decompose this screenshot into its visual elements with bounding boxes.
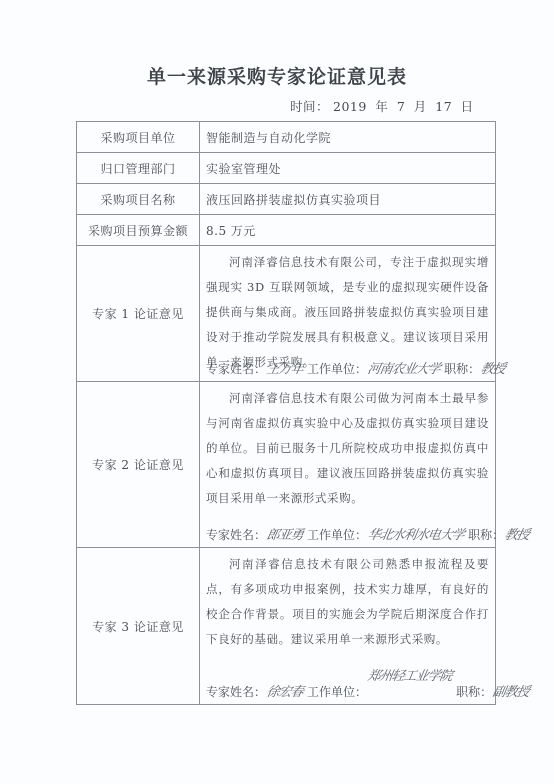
signature-name: 郎亚勇 <box>265 524 304 543</box>
field-label: 采购项目名称 <box>77 184 200 215</box>
expert-signature-line: 专家姓名： 郎亚勇 工作单位： 华北水利水电大学 职称： 教授 <box>206 524 533 543</box>
document-title: 单一来源采购专家论证意见表 <box>0 62 554 89</box>
sign-title-label: 职称： <box>444 360 480 377</box>
sign-title-label: 职称： <box>456 683 492 700</box>
opinion-form-table: 采购项目单位 智能制造与自动化学院 归口管理部门 实验室管理处 采购项目名称 液… <box>76 121 496 705</box>
expert-label: 专家 1 论证意见 <box>77 246 200 382</box>
sign-unit-label: 工作单位： <box>307 683 367 700</box>
expert-row-1: 专家 1 论证意见 河南泽睿信息技术有限公司，专注于虚拟现实增强现实 3D 互联… <box>77 246 496 382</box>
date-day-unit: 日 <box>461 99 474 114</box>
signature-unit: 郑州轻工业学院 <box>366 665 453 684</box>
signature-name: 王万年 <box>265 358 304 377</box>
field-label: 归口管理部门 <box>77 153 200 184</box>
date-year-unit: 年 <box>375 99 388 114</box>
field-value: 实验室管理处 <box>200 153 496 184</box>
expert-row-3: 专家 3 论证意见 河南泽睿信息技术有限公司熟悉申报流程及要点，有多项成功申报案… <box>77 548 496 705</box>
expert-label: 专家 2 论证意见 <box>77 382 200 548</box>
field-value: 8.5 万元 <box>200 215 496 246</box>
expert-signature-line: 专家姓名： 徐宏春 工作单位： 郑州轻工业学院 职称： 副教授 <box>206 681 533 700</box>
field-row-project-name: 采购项目名称 液压回路拼装虚拟仿真实验项目 <box>77 184 496 215</box>
field-value: 智能制造与自动化学院 <box>200 122 496 153</box>
expert-opinion-text: 河南泽睿信息技术有限公司，专注于虚拟现实增强现实 3D 互联网领域，是专业的虚拟… <box>200 246 495 375</box>
date-label: 时间： <box>290 99 329 114</box>
document-date: 时间：2019 年 7 月 17 日 <box>290 97 478 115</box>
field-row-unit: 采购项目单位 智能制造与自动化学院 <box>77 122 496 153</box>
date-month: 7 <box>397 99 405 114</box>
signature-title: 教授 <box>503 524 530 543</box>
signature-title: 教授 <box>479 358 506 377</box>
sign-name-label: 专家姓名： <box>206 360 266 377</box>
expert-opinion-text: 河南泽睿信息技术有限公司熟悉申报流程及要点，有多项成功申报案例，技术实力雄厚，有… <box>200 548 495 652</box>
field-row-department: 归口管理部门 实验室管理处 <box>77 153 496 184</box>
sign-unit-label: 工作单位： <box>307 526 367 543</box>
expert-opinion-cell: 河南泽睿信息技术有限公司做为河南本土最早参与河南省虚拟仿真实验中心及虚拟仿真实验… <box>200 382 496 548</box>
sign-name-label: 专家姓名： <box>206 526 266 543</box>
sign-unit-label: 工作单位： <box>307 360 367 377</box>
expert-label: 专家 3 论证意见 <box>77 548 200 705</box>
expert-opinion-text: 河南泽睿信息技术有限公司做为河南本土最早参与河南省虚拟仿真实验中心及虚拟仿真实验… <box>200 382 495 511</box>
field-label: 采购项目单位 <box>77 122 200 153</box>
signature-unit: 河南农业大学 <box>366 358 441 377</box>
field-label: 采购项目预算金额 <box>77 215 200 246</box>
signature-unit: 华北水利水电大学 <box>366 524 465 543</box>
field-value: 液压回路拼装虚拟仿真实验项目 <box>200 184 496 215</box>
expert-signature-line: 专家姓名： 王万年 工作单位： 河南农业大学 职称： 教授 <box>206 358 509 377</box>
field-row-budget: 采购项目预算金额 8.5 万元 <box>77 215 496 246</box>
expert-opinion-cell: 河南泽睿信息技术有限公司，专注于虚拟现实增强现实 3D 互联网领域，是专业的虚拟… <box>200 246 496 382</box>
sign-name-label: 专家姓名： <box>206 683 266 700</box>
date-year: 2019 <box>333 99 367 114</box>
signature-title: 副教授 <box>491 681 530 700</box>
sign-title-label: 职称： <box>468 526 504 543</box>
signature-name: 徐宏春 <box>265 681 304 700</box>
date-month-unit: 月 <box>414 99 427 114</box>
expert-row-2: 专家 2 论证意见 河南泽睿信息技术有限公司做为河南本土最早参与河南省虚拟仿真实… <box>77 382 496 548</box>
expert-opinion-cell: 河南泽睿信息技术有限公司熟悉申报流程及要点，有多项成功申报案例，技术实力雄厚，有… <box>200 548 496 705</box>
date-day: 17 <box>435 99 452 114</box>
